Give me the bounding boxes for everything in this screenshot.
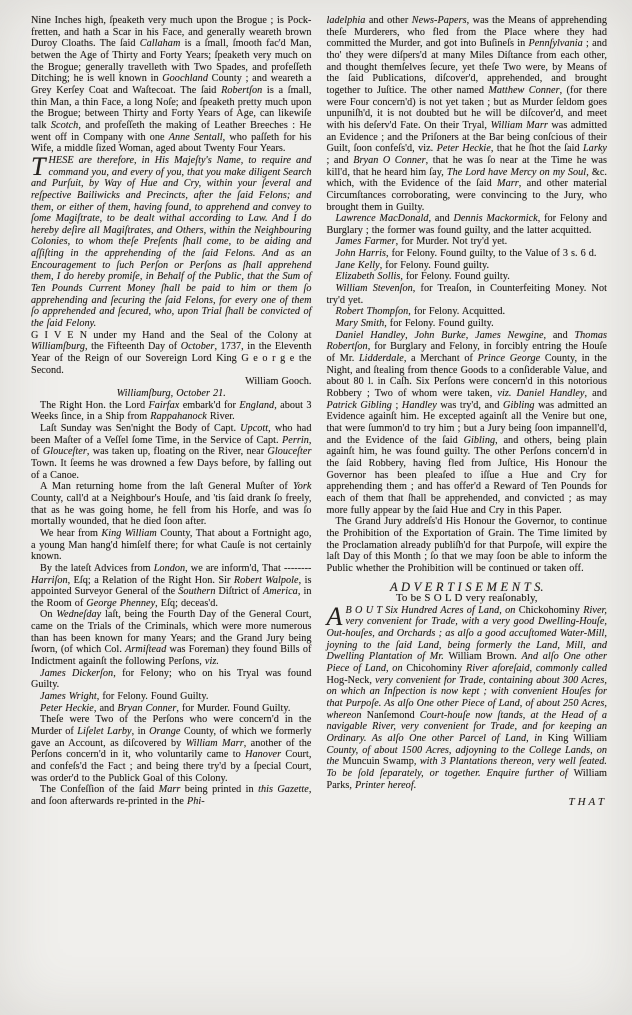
left-column: Nine Inches high, ſpeaketh very much upo… <box>31 15 312 809</box>
newspaper-page: Nine Inches high, ſpeaketh very much upo… <box>0 0 632 1015</box>
news-paragraph: We hear from King William County, That a… <box>31 528 312 563</box>
indictment-item: Jane Kelly, for Felony. Found guilty. <box>327 260 608 272</box>
news-paragraph: The Right Hon. the Lord Fairfax embark'd… <box>31 400 312 423</box>
drop-cap: T <box>31 155 49 177</box>
news-paragraph: Laſt Sunday was Sen'night the Body of Ca… <box>31 423 312 481</box>
murder-account-paragraph: Theſe were Two of the Perſons who were c… <box>31 714 312 784</box>
page-columns: Nine Inches high, ſpeaketh very much upo… <box>31 15 607 809</box>
indictment-item: Robert Thompſon, for Felony. Acquitted. <box>327 306 608 318</box>
to-be-sold-subheading: To be S O L D very reaſonably, <box>327 593 608 605</box>
catchword: THAT <box>327 797 608 809</box>
news-paragraph: A Man returning home from the laſt Gener… <box>31 481 312 528</box>
indictment-item: James Wright, for Felony. Found Guilty. <box>31 691 312 703</box>
murder-account-continued: ladelphia and other News-Papers, was the… <box>327 15 608 213</box>
grand-jury-paragraph: The Grand Jury addreſs'd His Honour the … <box>327 516 608 574</box>
runaway-description-paragraph: Nine Inches high, ſpeaketh very much upo… <box>31 15 312 155</box>
land-sale-advertisement: AB O U T Six Hundred Acres of Land, on C… <box>327 605 608 792</box>
indictment-item: Peter Heckie, and Bryan Conner, for Murd… <box>31 703 312 715</box>
proclamation-paragraph: THESE are therefore, in His Majeſty's Na… <box>31 155 312 330</box>
robbery-account-paragraph: Daniel Handley, John Burke, James Newgin… <box>327 330 608 517</box>
indictment-item: James Dickerſon, for Felony; who on his … <box>31 668 312 691</box>
news-paragraph: By the lateſt Advices from London, we ar… <box>31 563 312 610</box>
indictment-item: John Harris, for Felony. Found guilty, t… <box>327 248 608 260</box>
governor-signature: William Gooch. <box>31 376 312 388</box>
indictment-item: William Stevenſon, for Treaſon, in Count… <box>327 283 608 306</box>
indictment-item: Lawrence MacDonald, and Dennis Mackormic… <box>327 213 608 236</box>
indictment-item: Mary Smith, for Felony. Found guilty. <box>327 318 608 330</box>
dateline-heading: Williamſburg, October 21. <box>31 388 312 400</box>
confession-paragraph: The Confeſſion of the ſaid Marr being pr… <box>31 784 312 807</box>
right-column: ladelphia and other News-Papers, was the… <box>327 15 608 809</box>
general-court-paragraph: On Wedneſday laſt, being the Fourth Day … <box>31 609 312 667</box>
given-under-hand-paragraph: G I V E N under my Hand and the Seal of … <box>31 330 312 377</box>
drop-cap: A <box>327 605 346 627</box>
indictment-item: James Farmer, for Murder. Not try'd yet. <box>327 236 608 248</box>
indictment-item: Elizabeth Sollis, for Felony. Found guil… <box>327 271 608 283</box>
